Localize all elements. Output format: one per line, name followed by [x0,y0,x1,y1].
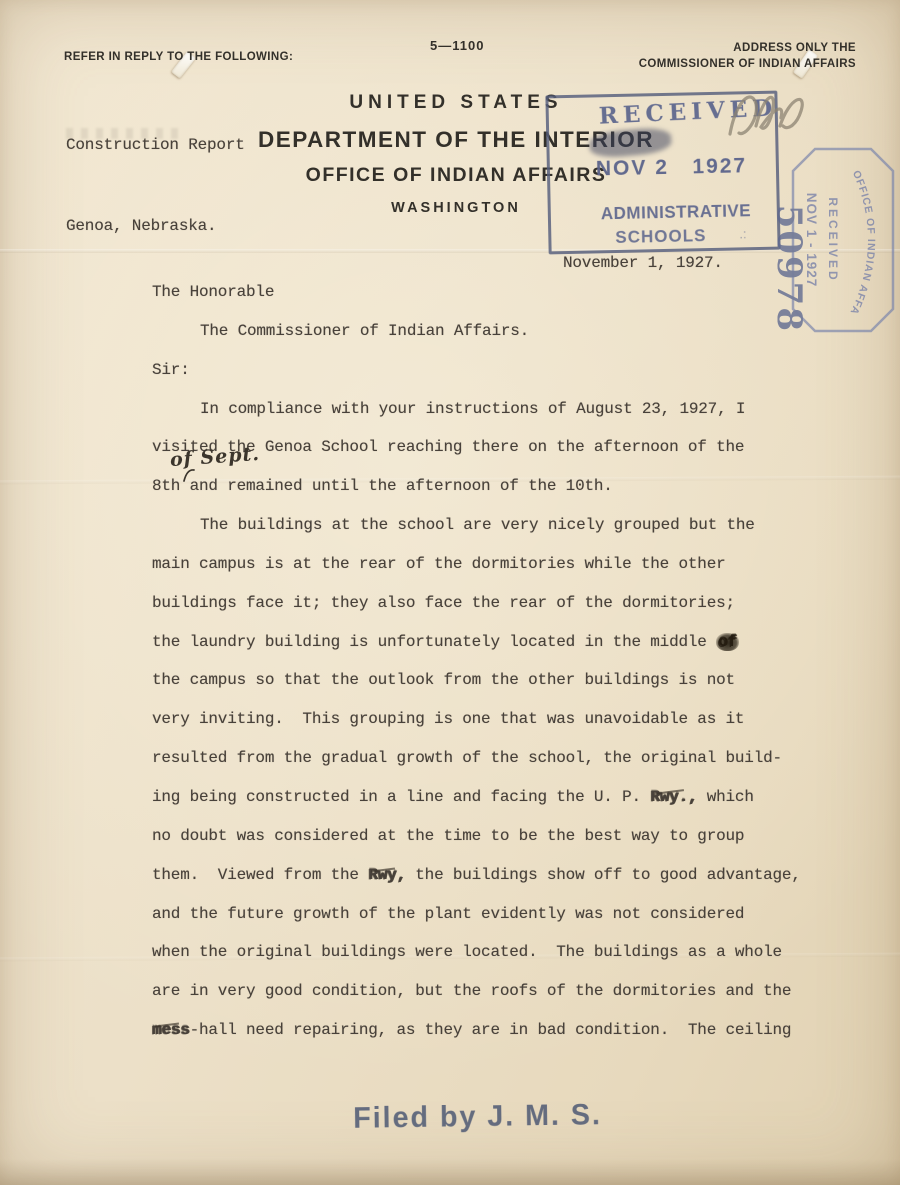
typed-text: 8th and remained until the afternoon of … [152,477,613,495]
letter-line: ing being constructed in a line and faci… [152,778,862,817]
received-stamp-dept-line1: ADMINISTRATIVE [601,201,752,225]
letter-body: The HonorableThe Commissioner of Indian … [152,273,862,1050]
letter-line: very inviting. This grouping is one that… [152,700,862,739]
filed-by-stamp: Filed by J. M. S. [353,1098,602,1136]
letter-line: The Honorable [152,273,862,312]
typed-text: the campus so that the outlook from the … [152,671,735,689]
letter-line: In compliance with your instructions of … [152,390,862,429]
letter-line: mess-hall need repairing, as they are in… [152,1011,862,1050]
typed-text: resulted from the gradual growth of the … [152,749,782,767]
refer-in-reply-note: REFER IN REPLY TO THE FOLLOWING: [64,51,293,63]
typed-text: The Honorable [152,283,274,301]
typed-overtype: Rwy., [650,788,697,806]
typed-text: -hall need repairing, as they are in bad… [190,1021,792,1039]
typed-text: when the original buildings were located… [152,943,782,961]
letter-line: are in very good condition, but the roof… [152,972,862,1011]
letter-line: buildings face it; they also face the re… [152,584,862,623]
octagon-stamp-title: RECEIVED [826,197,840,282]
typed-text: and the future growth of the plant evide… [152,905,744,923]
typed-text: the buildings show off to good advantage… [406,866,801,884]
typed-text: Sir: [152,361,190,379]
typed-overtype: Rwy, [368,866,406,884]
letter-line: The Commissioner of Indian Affairs. [152,312,862,351]
received-stamp-ink-dots: .: [739,226,747,241]
typed-overtype: mess [152,1021,190,1039]
insertion-caret-mark [182,466,196,482]
typed-text: buildings face it; they also face the re… [152,594,735,612]
pencil-scribble [722,84,817,146]
address-only-note: ADDRESS ONLY THE COMMISSIONER OF INDIAN … [639,40,856,72]
received-stamp-smudge [588,126,672,159]
typed-text: In compliance with your instructions of … [200,400,745,418]
typed-text: no doubt was considered at the time to b… [152,827,744,845]
typed-text: main campus is at the rear of the dormit… [152,555,726,573]
typed-text: The Commissioner of Indian Affairs. [200,322,529,340]
form-number: 5—1100 [430,38,484,53]
letter-line: when the original buildings were located… [152,933,862,972]
typed-text: which [697,788,753,806]
typed-text: ing being constructed in a line and faci… [152,788,650,806]
paper-edge-shadow [0,1159,900,1185]
typed-text: very inviting. This grouping is one that… [152,710,744,728]
address-only-note-line2: COMMISSIONER OF INDIAN AFFAIRS [639,56,856,72]
address-only-note-line1: ADDRESS ONLY THE [639,40,856,56]
letter-line: 8th and remained until the afternoon of … [152,467,862,506]
letter-line: them. Viewed from the Rwy, the buildings… [152,856,862,895]
letter-document: 5—1100 REFER IN REPLY TO THE FOLLOWING: … [0,0,900,1185]
typed-text: The buildings at the school are very nic… [200,516,755,534]
file-reference-line2: Genoa, Nebraska. [66,213,245,240]
letter-line: main campus is at the rear of the dormit… [152,545,862,584]
typed-text: them. Viewed from the [152,866,368,884]
letter-date: November 1, 1927. [563,254,723,272]
typed-blot: of [716,633,739,651]
letter-line: the campus so that the outlook from the … [152,661,862,700]
letter-line: The buildings at the school are very nic… [152,506,862,545]
file-reference-line1: Construction Report [66,132,245,159]
letter-line: no doubt was considered at the time to b… [152,817,862,856]
letter-line: Sir: [152,351,862,390]
letter-line: resulted from the gradual growth of the … [152,739,862,778]
file-reference: Construction Report Genoa, Nebraska. [66,78,245,294]
letter-line: the laundry building is unfortunately lo… [152,623,862,662]
typed-text: the laundry building is unfortunately lo… [152,633,716,651]
typed-text: are in very good condition, but the roof… [152,982,791,1000]
received-stamp-dept-line2: SCHOOLS [615,226,706,249]
received-stamp-date: NOV 2 1927 [596,154,748,181]
letter-line: and the future growth of the plant evide… [152,895,862,934]
